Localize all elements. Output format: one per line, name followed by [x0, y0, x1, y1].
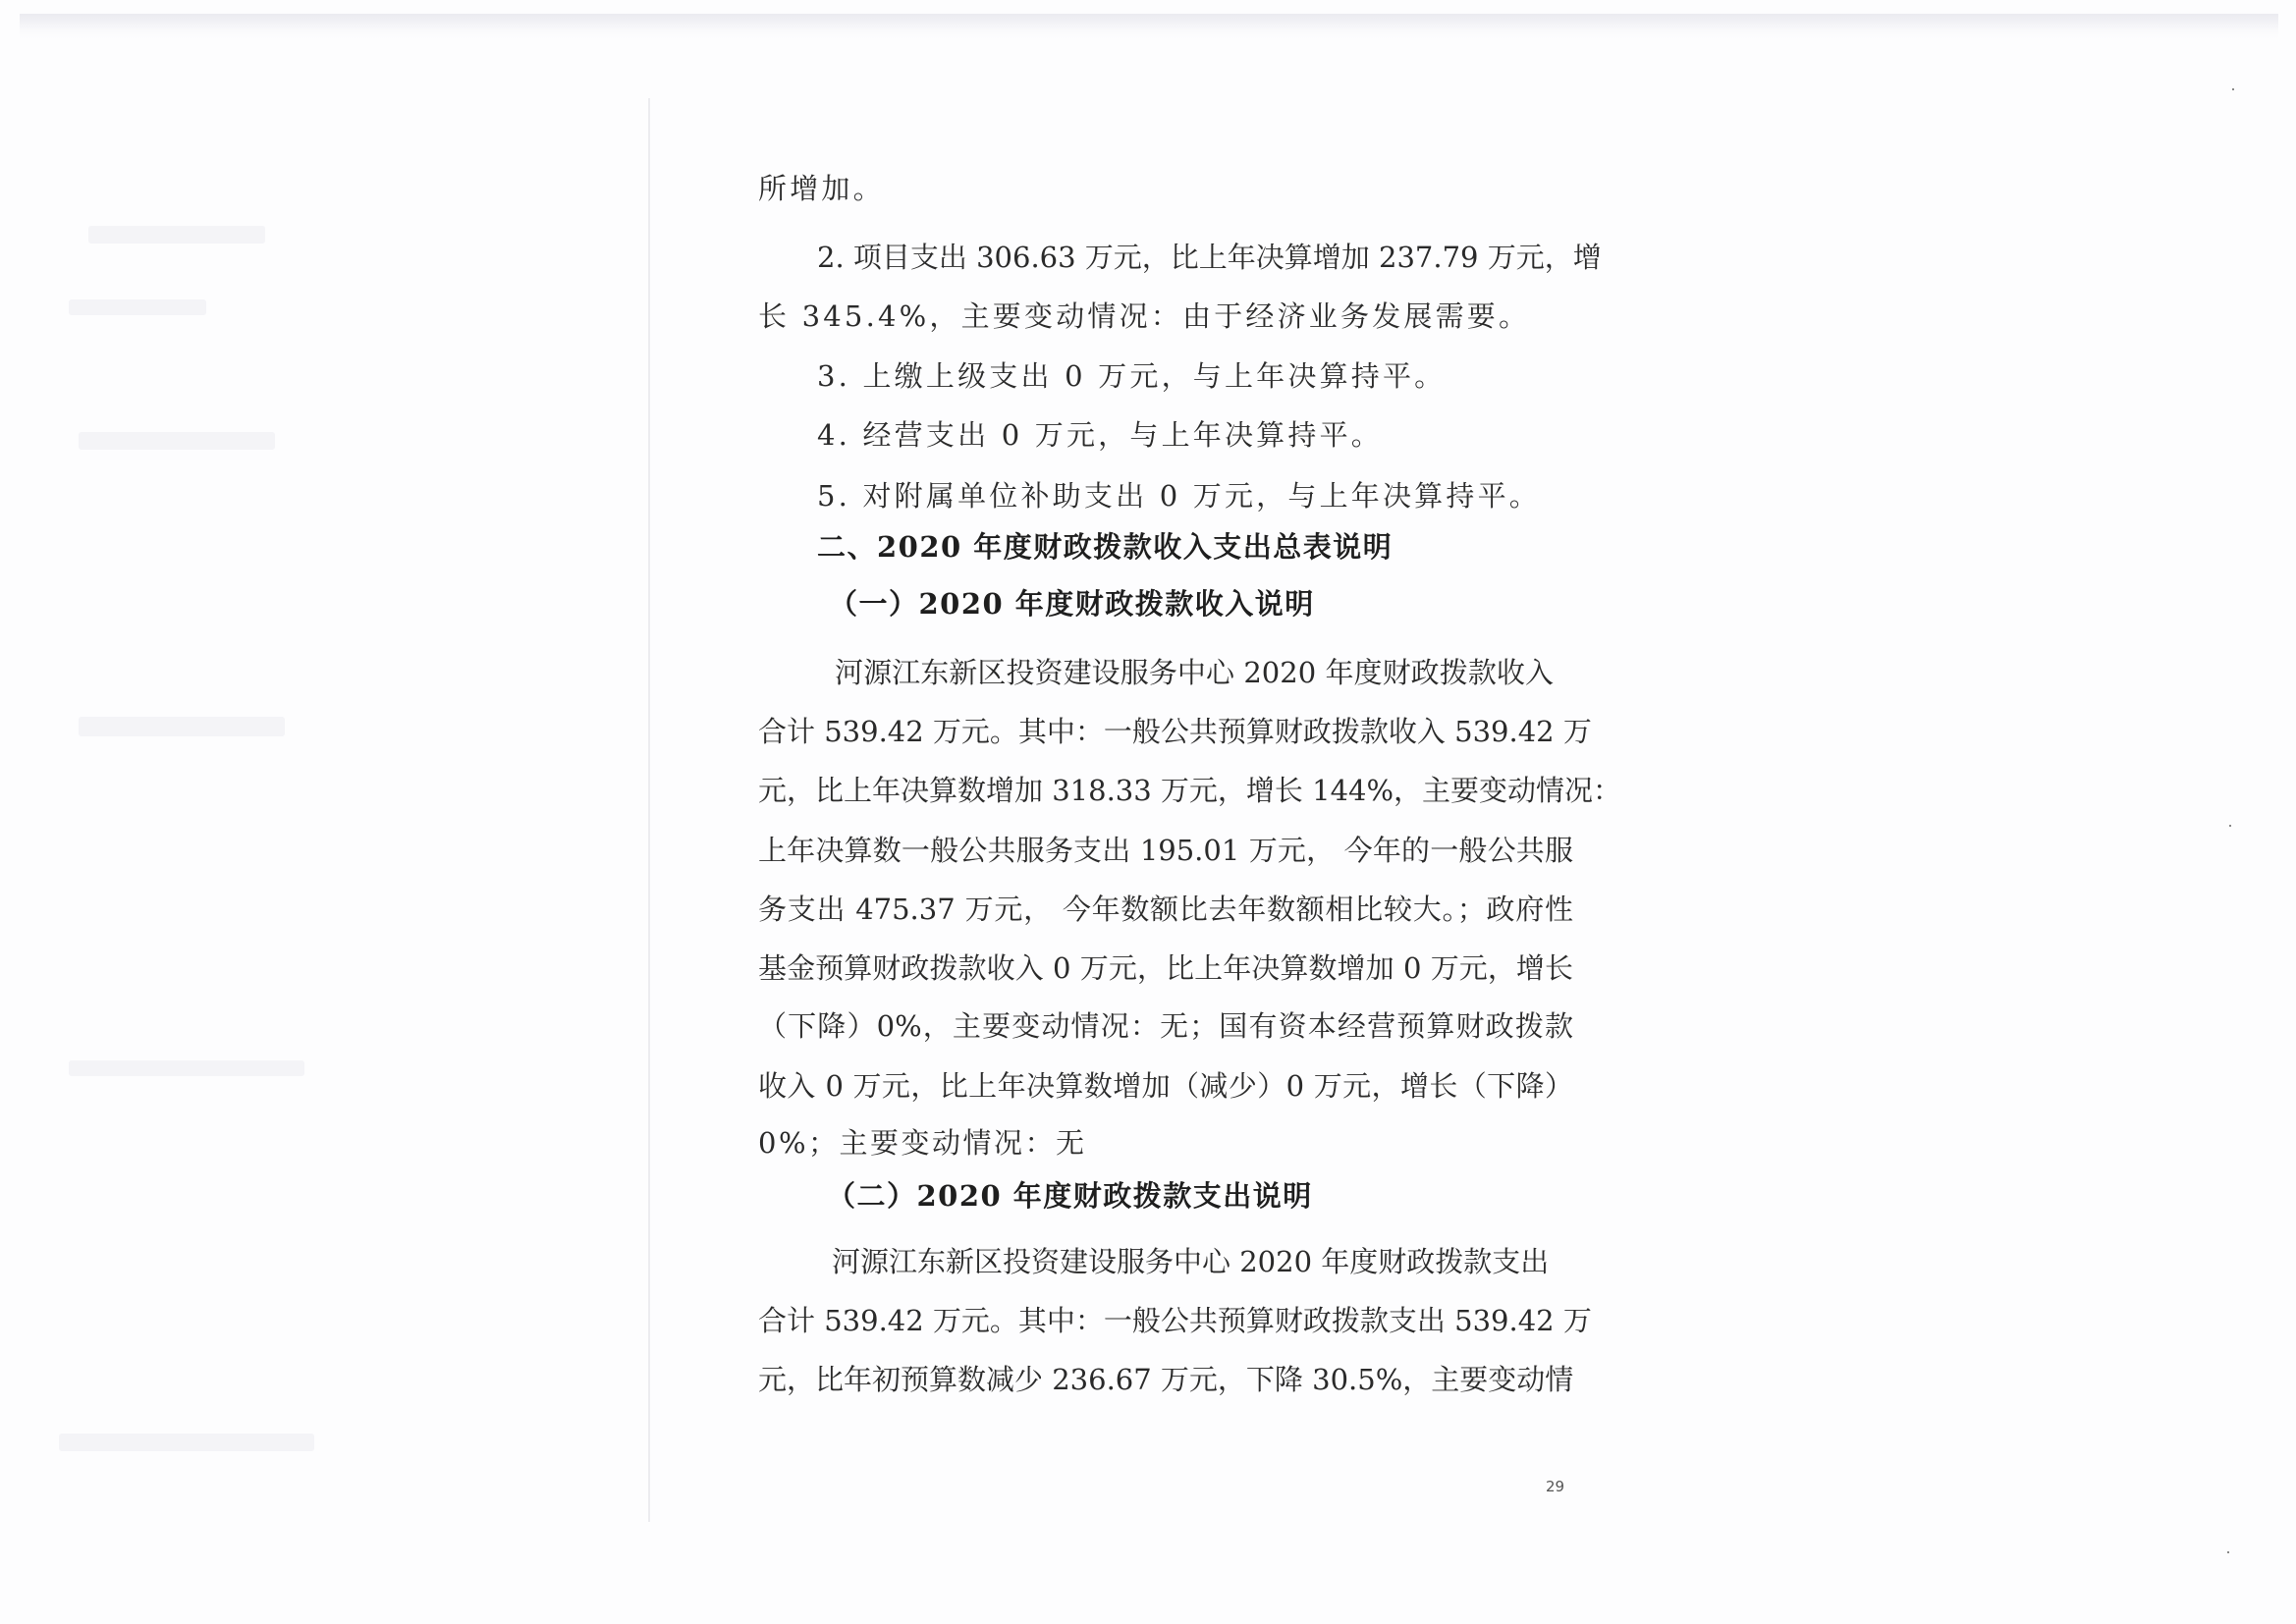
- bleed-through-mark: [79, 432, 275, 450]
- page-number: 29: [1546, 1478, 1564, 1495]
- paragraph-line: （下降）0%，主要变动情况：无；国有资本经营预算财政拨款: [758, 1004, 1573, 1048]
- paragraph-line: 4. 经营支出 0 万元，与上年决算持平。: [758, 413, 1383, 457]
- paragraph-line: 收入 0 万元，比上年决算数增加（减少）0 万元，增长（下降）: [758, 1064, 1573, 1108]
- subsection-heading: （二）2020 年度财政拨款支出说明: [758, 1174, 1313, 1218]
- paragraph-line: 长 345.4%，主要变动情况：由于经济业务发展需要。: [758, 295, 1530, 338]
- bleed-through-mark: [59, 1434, 314, 1451]
- subsection-heading: （一）2020 年度财政拨款收入说明: [758, 582, 1315, 625]
- bleed-through-mark: [69, 1060, 304, 1076]
- paragraph-line: 合计 539.42 万元。其中：一般公共预算财政拨款收入 539.42 万: [758, 710, 1573, 753]
- paragraph-line: 0%；主要变动情况：无: [758, 1121, 1087, 1164]
- paragraph-line: 合计 539.42 万元。其中：一般公共预算财政拨款支出 539.42 万: [758, 1299, 1565, 1342]
- paragraph-line: 5. 对附属单位补助支出 0 万元，与上年决算持平。: [758, 474, 1541, 517]
- paragraph-line: 2. 项目支出 306.63 万元，比上年决算增加 237.79 万元，增: [758, 236, 1573, 279]
- paragraph-line: 上年决算数一般公共服务支出 195.01 万元， 今年的一般公共服: [758, 829, 1573, 872]
- bleed-through-mark: [69, 299, 206, 315]
- scan-speck: [2232, 88, 2234, 90]
- paragraph-line: 河源江东新区投资建设服务中心 2020 年度财政拨款收入: [758, 651, 1554, 694]
- scan-fold-line: [648, 98, 650, 1522]
- scan-speck: [2227, 1551, 2229, 1553]
- scan-shadow-top: [20, 14, 2278, 39]
- paragraph-line: 河源江东新区投资建设服务中心 2020 年度财政拨款支出: [758, 1240, 1549, 1283]
- paragraph-line: 3. 上缴上级支出 0 万元，与上年决算持平。: [758, 354, 1446, 398]
- paragraph-line: 元，比年初预算数减少 236.67 万元，下降 30.5%，主要变动情: [758, 1358, 1565, 1401]
- scan-speck: [2229, 825, 2231, 827]
- paragraph-line: 基金预算财政拨款收入 0 万元，比上年决算数增加 0 万元，增长: [758, 947, 1573, 990]
- section-heading: 二、2020 年度财政拨款收入支出总表说明: [758, 525, 1393, 568]
- paragraph-line: 元，比上年决算数增加 318.33 万元，增长 144%，主要变动情况：: [758, 769, 1573, 812]
- paragraph-line: 务支出 475.37 万元， 今年数额比去年数额相比较大。；政府性: [758, 888, 1573, 931]
- bleed-through-mark: [79, 717, 285, 736]
- bleed-through-mark: [88, 226, 265, 244]
- paragraph-line: 所增加。: [758, 167, 885, 210]
